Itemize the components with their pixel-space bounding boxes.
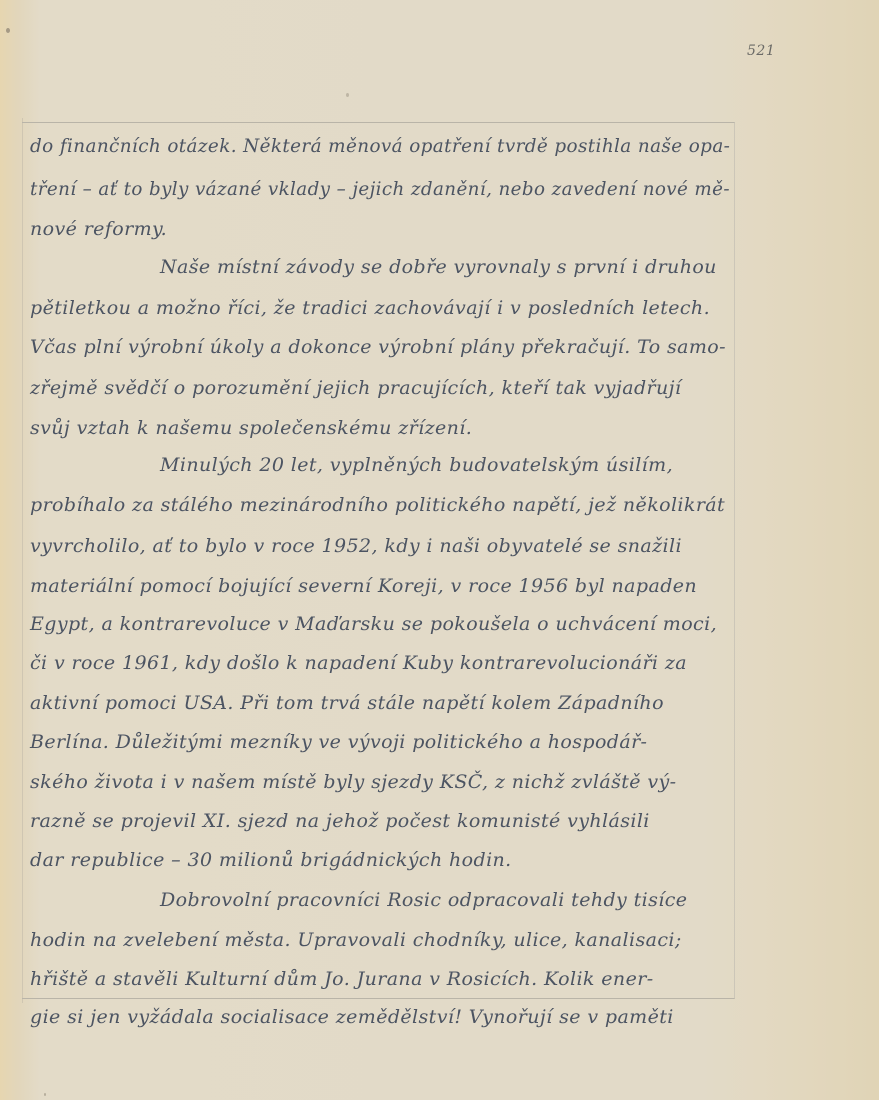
text-line: hodin na zvelebení města. Upravovali cho… xyxy=(30,929,682,951)
text-line: Dobrovolní pracovníci Rosic odpracovali … xyxy=(160,889,687,911)
text-line: Minulých 20 let, vyplněných budovatelský… xyxy=(160,454,673,476)
text-line: razně se projevil XI. sjezd na jehož poč… xyxy=(30,810,650,832)
text-line: hřiště a stavěli Kulturní dům Jo. Jurana… xyxy=(30,968,654,990)
text-line: či v roce 1961, kdy došlo k napadení Kub… xyxy=(30,652,687,674)
text-line: svůj vztah k našemu společenskému zřízen… xyxy=(30,417,472,439)
text-line: materiální pomocí bojující severní Korej… xyxy=(30,575,697,597)
text-line: Naše místní závody se dobře vyrovnaly s … xyxy=(160,256,717,278)
text-line: tření – ať to byly vázané vklady – jejic… xyxy=(30,178,730,200)
text-line: gie si jen vyžádala socialisace zeměděls… xyxy=(30,1006,674,1028)
text-line: Berlína. Důležitými mezníky ve vývoji po… xyxy=(30,731,647,753)
text-line: nové reformy. xyxy=(30,218,167,240)
text-line: Včas plní výrobní úkoly a dokonce výrobn… xyxy=(30,336,726,358)
text-line: probíhalo za stálého mezinárodního polit… xyxy=(30,494,725,516)
text-line: aktivní pomoci USA. Při tom trvá stále n… xyxy=(30,692,664,714)
text-line: ského života i v našem místě byly sjezdy… xyxy=(30,771,676,793)
text-line: dar republice – 30 milionů brigádnických… xyxy=(30,849,512,871)
text-line: do finančních otázek. Některá měnová opa… xyxy=(30,135,730,157)
text-line: vyvrcholilo, ať to bylo v roce 1952, kdy… xyxy=(30,535,682,557)
paper-speck xyxy=(6,28,10,33)
text-line: zřejmě svědčí o porozumění jejich pracuj… xyxy=(30,377,681,399)
paper-speck xyxy=(44,1093,46,1096)
paper-speck xyxy=(346,93,349,97)
text-line: pětiletkou a možno říci, že tradici zach… xyxy=(30,297,710,319)
text-line: Egypt, a kontrarevoluce v Maďarsku se po… xyxy=(30,613,717,635)
page-number: 521 xyxy=(747,43,775,59)
